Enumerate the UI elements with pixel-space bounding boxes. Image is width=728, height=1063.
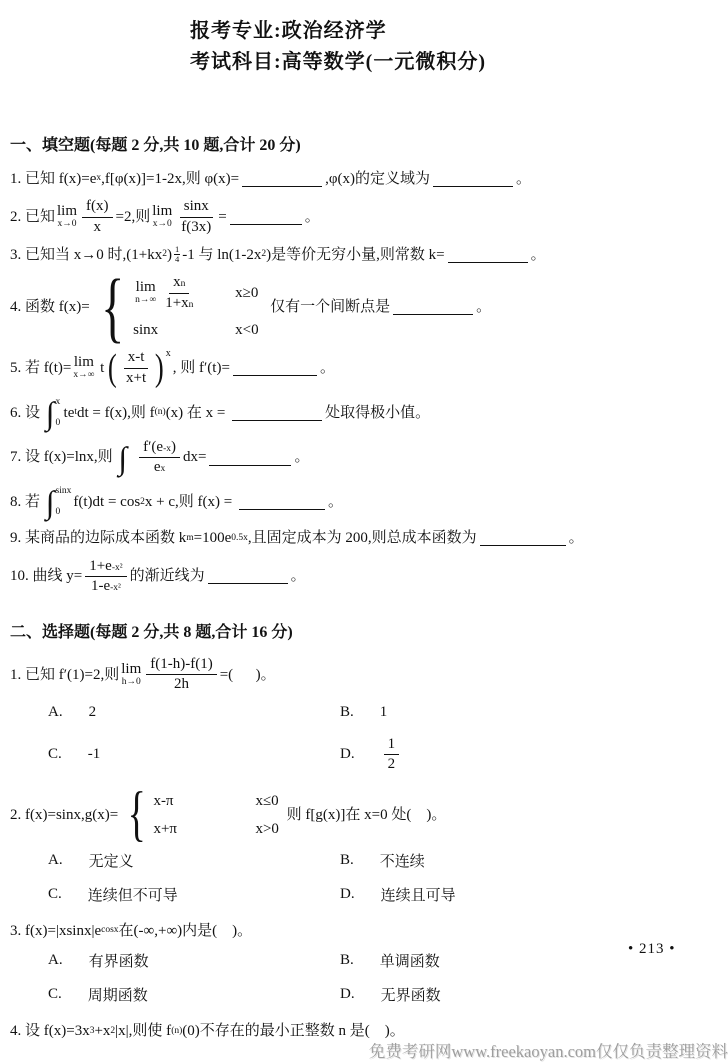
superscript: (n)	[171, 1027, 182, 1037]
fraction-denominator: 2	[384, 755, 400, 773]
math-text: sinx	[133, 320, 158, 340]
math-text: f(1-h)-f(1)	[150, 656, 212, 673]
integral-sign: ∫	[46, 397, 55, 429]
fraction: 12	[384, 736, 400, 774]
choice-text: 12	[381, 736, 403, 774]
question: 6. 设 ∫x0tetdt = f(x),则 f(n)(x) 在 x = 处取得…	[10, 396, 700, 430]
math-text: (x) 在 x =	[166, 403, 229, 423]
choice-text: 无定义	[89, 850, 134, 871]
piecewise-cases: {limn→∞xn1+xnx≥0sinxx<0	[94, 274, 259, 340]
math-text: 的渐近线为	[130, 566, 205, 586]
choice-option: C.连续但不可导	[48, 884, 340, 905]
fraction-denominator: 1+xn	[161, 294, 197, 312]
choice-option: D.连续且可导	[340, 884, 700, 905]
math-text: f′(e	[143, 439, 163, 456]
fraction: sinxf(3x)	[177, 198, 215, 236]
math-text: )	[171, 439, 176, 456]
math-text: f(t)dt = cos	[73, 492, 140, 512]
fraction-numerator: 1+e-x²	[85, 558, 126, 577]
fraction: x-tx+t	[122, 349, 150, 387]
math-text: 不连续	[380, 850, 425, 871]
math-text: 1+x	[165, 295, 188, 312]
choice-text: 连续且可导	[381, 884, 456, 905]
exam-body: 一、填空题(每题 2 分,共 10 题,合计 20 分) 1. 已知 f(x)=…	[10, 132, 700, 1041]
math-text: 1. 已知 f′(1)=2,则	[10, 665, 119, 685]
fraction-denominator: 2h	[170, 675, 193, 693]
math-text: 。	[305, 207, 320, 227]
answer-blank	[242, 171, 322, 187]
math-text: 4. 函数 f(x)=	[10, 297, 90, 317]
math-text: 1	[388, 736, 396, 753]
math-text: -1	[88, 746, 101, 763]
math-text: 无定义	[89, 850, 134, 871]
math-text: 。	[516, 169, 531, 189]
superscript: x	[161, 465, 166, 475]
choice-text: 有界函数	[89, 950, 149, 971]
math-text: 2h	[174, 676, 189, 693]
math-text: 连续但不可导	[88, 884, 178, 905]
math-text: 8. 若	[10, 492, 44, 512]
question: 9. 某商品的边际成本函数 km=100e0.5x,且固定成本为 200,则总成…	[10, 528, 700, 548]
math-text: |x|,则使 f	[115, 1021, 171, 1041]
limit-word: lim	[57, 204, 77, 219]
math-text: dx=	[183, 447, 206, 467]
paren-inner: x-tx+t	[119, 349, 153, 387]
choice-label: A.	[48, 952, 63, 969]
math-text: =	[218, 207, 226, 227]
question: 1. 已知 f′(1)=2,则limh→0f(1-h)-f(1)2h=( )。	[10, 656, 700, 694]
choice-text: 周期函数	[88, 984, 148, 1005]
integral-upper-limit: x	[56, 396, 61, 409]
math-text: t	[96, 358, 104, 378]
choice-option: A.无定义	[48, 850, 340, 871]
math-text: 10. 曲线 y=	[10, 566, 82, 586]
limit-word: lim	[121, 662, 141, 677]
integral: ∫	[118, 441, 134, 475]
fill-in-section-heading: 一、填空题(每题 2 分,共 10 题,合计 20 分)	[10, 132, 700, 155]
math-text: 。	[291, 566, 306, 586]
superscript: n	[189, 301, 194, 311]
choice-label: C.	[48, 886, 62, 903]
question: 10. 曲线 y=1+e-x²1-e-x²的渐近线为。	[10, 558, 700, 596]
choice-option: C.周期函数	[48, 984, 340, 1005]
choice-label: D.	[340, 986, 355, 1003]
limit-subscript: x→∞	[73, 371, 94, 381]
math-text: f(3x)	[181, 219, 211, 236]
answer-blank	[480, 530, 566, 546]
math-text: sinx	[184, 198, 209, 215]
limit-operator: limx→0	[57, 204, 77, 230]
fill-in-section: 一、填空题(每题 2 分,共 10 题,合计 20 分) 1. 已知 f(x)=…	[10, 132, 700, 595]
question: 5. 若 f(t)=limx→∞ t(x-tx+t)x, 则 f′(t)=。	[10, 349, 700, 387]
choice-option: A.有界函数	[48, 950, 340, 971]
choice-option: D.无界函数	[340, 984, 700, 1005]
watermark: 免费考研网www.freekaoyan.com仅仅负责整理资料	[369, 1038, 728, 1062]
math-text: x	[94, 219, 102, 236]
answer-blank	[208, 568, 288, 584]
choice-text: 单调函数	[380, 950, 440, 971]
piecewise-brace: {	[128, 789, 146, 841]
choice-option: B.1	[340, 703, 700, 723]
integral-limits	[128, 441, 134, 475]
piecewise-rows: limn→∞xn1+xnx≥0sinxx<0	[133, 274, 258, 340]
math-text: 6. 设	[10, 403, 44, 423]
answer-blank	[230, 209, 302, 225]
piecewise-condition: x>0	[255, 819, 278, 839]
limit-operator: limn→∞	[135, 280, 156, 306]
math-text: e	[154, 459, 161, 476]
limit-operator: limh→0	[121, 662, 141, 688]
piecewise-condition: x<0	[235, 320, 258, 340]
math-text: x	[173, 274, 181, 291]
piecewise-brace: {	[101, 274, 124, 340]
math-text: 1. 已知 f(x)=e	[10, 169, 96, 189]
math-text: =( )。	[220, 665, 276, 685]
piecewise-row: x-πx≤0	[153, 791, 278, 811]
math-text: 。	[294, 447, 309, 467]
math-text: =2,则	[116, 207, 151, 227]
choice-section: 二、选择题(每题 2 分,共 8 题,合计 16 分) 1. 已知 f′(1)=…	[10, 619, 700, 1041]
math-text: 1+e	[89, 558, 112, 575]
limit-subscript: n→∞	[135, 296, 156, 306]
superscript: n	[181, 280, 186, 290]
fraction-numerator: f′(e-x)	[139, 439, 180, 458]
subscript: m	[186, 534, 193, 544]
integral-sign: ∫	[46, 486, 55, 518]
math-text: 有界函数	[89, 950, 149, 971]
choice-label: B.	[340, 952, 354, 969]
math-text: 。	[531, 245, 546, 265]
question: 8. 若 ∫sinx0f(t)dt = cos2x + c,则 f(x) = 。	[10, 485, 700, 519]
superscript: (n)	[155, 408, 166, 418]
piecewise-rows: x-πx≤0x+πx>0	[153, 791, 278, 840]
choice-text: 1	[380, 704, 388, 721]
integral-lower-limit: 0	[56, 417, 61, 430]
math-text: 2	[388, 756, 396, 773]
math-text: 。	[328, 492, 343, 512]
fill-in-question-list: 1. 已知 f(x)=ex,f[φ(x)]=1-2x,则 φ(x)=,φ(x)的…	[10, 169, 700, 595]
limit-word: lim	[136, 280, 156, 295]
superscript: x	[166, 349, 171, 359]
math-text: 单调函数	[380, 950, 440, 971]
fraction-numerator: xn	[169, 274, 189, 293]
superscript: -x²	[110, 584, 121, 594]
math-text: x+t	[126, 370, 146, 387]
piecewise-cases: {x-πx≤0x+πx>0	[122, 789, 279, 841]
integral-limits: x0	[56, 396, 62, 430]
choice-option: A.2	[48, 703, 340, 723]
math-text: 2. f(x)=sinx,g(x)=	[10, 805, 118, 825]
math-text: -1 与 ln(1-2x	[182, 245, 261, 265]
math-text: 1-e	[91, 578, 110, 595]
math-text: 。	[569, 528, 584, 548]
close-paren: )	[155, 351, 164, 385]
math-text: 5. 若 f(t)=	[10, 358, 71, 378]
math-text: , 则 f′(t)=	[173, 358, 230, 378]
math-text: 仅有一个间断点是	[263, 297, 391, 317]
fraction: f′(e-x)ex	[139, 439, 180, 477]
math-text: 在(-∞,+∞)内是( )。	[119, 921, 253, 941]
fraction-denominator: 4	[175, 255, 179, 264]
question: 4. 函数 f(x)={limn→∞xn1+xnx≥0sinxx<0 仅有一个间…	[10, 274, 700, 340]
math-text: 连续且可导	[381, 884, 456, 905]
limit-word: lim	[152, 204, 172, 219]
question: 3. f(x)=|xsinx|ecosx在(-∞,+∞)内是( )。	[10, 921, 700, 941]
choice-label: A.	[48, 852, 63, 869]
answer-blank	[239, 494, 325, 510]
choice-label: D.	[340, 886, 355, 903]
piecewise-expression: limn→∞xn1+xn	[133, 274, 221, 312]
exam-major-line: 报考专业:政治经济学	[190, 16, 700, 47]
integral-limits: sinx0	[56, 485, 72, 519]
question: 2. 已知limx→0f(x)x=2,则limx→0sinxf(3x)=。	[10, 198, 700, 236]
answer-blank	[209, 450, 291, 466]
piecewise-expression: x+π	[153, 819, 241, 839]
math-text: x-t	[128, 349, 145, 366]
choice-grid: A.无定义B.不连续C.连续但不可导D.连续且可导	[48, 850, 700, 905]
choice-question-list: 1. 已知 f′(1)=2,则limh→0f(1-h)-f(1)2h=( )。A…	[10, 656, 700, 1041]
open-paren: (	[108, 351, 117, 385]
piecewise-expression: x-π	[153, 791, 241, 811]
fraction-numerator: f(1-h)-f(1)	[146, 656, 216, 675]
choice-section-heading: 二、选择题(每题 2 分,共 8 题,合计 16 分)	[10, 619, 700, 642]
fraction-denominator: 1-e-x²	[87, 577, 125, 595]
math-text: x+π	[153, 819, 177, 839]
math-text: x + c,则 f(x) =	[145, 492, 236, 512]
math-text: 3. f(x)=|xsinx|e	[10, 921, 101, 941]
fraction-numerator: 1	[384, 736, 400, 755]
choice-label: A.	[48, 704, 63, 721]
math-text: 处取得极小值。	[325, 403, 430, 423]
math-text: te	[64, 403, 75, 423]
answer-blank	[233, 360, 317, 376]
limit-subscript: x→0	[153, 220, 172, 230]
choice-grid: A.2B.1C.-1D.12	[48, 703, 700, 774]
math-text: 周期函数	[88, 984, 148, 1005]
choice-label: D.	[340, 746, 355, 763]
math-text: 1	[380, 704, 388, 721]
piecewise-expression: sinx	[133, 320, 221, 340]
limit-operator: limx→0	[152, 204, 172, 230]
math-text: 7. 设 f(x)=lnx,则	[10, 447, 116, 467]
fraction: f(x)x	[82, 198, 113, 236]
answer-blank	[433, 171, 513, 187]
math-text: ,f[φ(x)]=1-2x,则 φ(x)=	[101, 169, 239, 189]
math-text: ,且固定成本为 200,则总成本函数为	[248, 528, 477, 548]
math-text: 9. 某商品的边际成本函数 k	[10, 528, 186, 548]
fraction-numerator: sinx	[180, 198, 213, 217]
answer-blank	[448, 247, 528, 263]
integral-upper-limit: sinx	[56, 485, 72, 498]
fraction-numerator: f(x)	[82, 198, 113, 217]
math-text: ,φ(x)的定义域为	[325, 169, 430, 189]
integral: ∫sinx0	[46, 485, 72, 519]
fraction: 1+e-x²1-e-x²	[85, 558, 126, 596]
fraction: f(1-h)-f(1)2h	[146, 656, 216, 694]
choice-label: B.	[340, 852, 354, 869]
choice-label: C.	[48, 746, 62, 763]
math-text: 则 f[g(x)]在 x=0 处( )。	[283, 805, 446, 825]
integral-lower-limit: 0	[56, 506, 61, 519]
choice-text: 连续但不可导	[88, 884, 178, 905]
limit-operator: limx→∞	[73, 355, 94, 381]
superscript: -x	[163, 445, 171, 455]
choice-option: B.不连续	[340, 850, 700, 871]
fraction-denominator: f(3x)	[177, 218, 215, 236]
choice-text: 不连续	[380, 850, 425, 871]
question: 7. 设 f(x)=lnx,则 ∫f′(e-x)exdx=。	[10, 439, 700, 477]
choice-option: D.12	[340, 736, 700, 774]
math-text: 3. 已知当 x→0 时,(1+kx	[10, 245, 162, 265]
choice-option: C.-1	[48, 736, 340, 774]
limit-subscript: h→0	[122, 678, 141, 688]
math-text: 4. 设 f(x)=3x	[10, 1021, 90, 1041]
math-text: )是等价无穷小量,则常数 k=	[266, 245, 444, 265]
choice-label: C.	[48, 986, 62, 1003]
math-text: dt = f(x),则 f	[77, 403, 155, 423]
question: 2. f(x)=sinx,g(x)={x-πx≤0x+πx>0 则 f[g(x)…	[10, 789, 700, 841]
question: 3. 已知当 x→0 时,(1+kx2)14-1 与 ln(1-2x2)是等价无…	[10, 245, 700, 265]
math-text: )	[167, 245, 172, 265]
math-text: 。	[320, 358, 335, 378]
exam-page: 报考专业:政治经济学 考试科目:高等数学(一元微积分) 一、填空题(每题 2 分…	[0, 0, 728, 1063]
limit-subscript: x→0	[58, 220, 77, 230]
math-text: x-π	[153, 791, 173, 811]
parenthesized-group: (x-tx+t)x	[106, 349, 170, 387]
choice-text: 无界函数	[381, 984, 441, 1005]
math-text: 2	[89, 704, 97, 721]
fraction-denominator: x	[90, 218, 106, 236]
piecewise-row: sinxx<0	[133, 320, 258, 340]
piecewise-condition: x≤0	[255, 791, 278, 811]
math-text: +x	[94, 1021, 110, 1041]
choice-label: B.	[340, 704, 354, 721]
math-text: 2. 已知	[10, 207, 55, 227]
superscript: -x²	[112, 564, 123, 574]
exam-header: 报考专业:政治经济学 考试科目:高等数学(一元微积分)	[190, 16, 700, 78]
math-text: 。	[476, 297, 491, 317]
answer-blank	[393, 299, 473, 315]
fraction-denominator: ex	[150, 458, 169, 476]
superscript-fraction: 14	[174, 245, 180, 264]
question: 1. 已知 f(x)=ex,f[φ(x)]=1-2x,则 φ(x)=,φ(x)的…	[10, 169, 700, 189]
answer-blank	[232, 405, 322, 421]
piecewise-condition: x≥0	[235, 283, 258, 303]
integral: ∫x0	[46, 396, 62, 430]
math-text: =100e	[194, 528, 232, 548]
math-text: f(x)	[86, 198, 109, 215]
choice-grid: A.有界函数B.单调函数C.周期函数D.无界函数	[48, 950, 700, 1005]
exam-subject-line: 考试科目:高等数学(一元微积分)	[190, 47, 700, 78]
choice-text: 2	[89, 704, 97, 721]
fraction: xn1+xn	[161, 274, 197, 312]
choice-text: -1	[88, 746, 101, 763]
limit-word: lim	[74, 355, 94, 370]
fraction-denominator: x+t	[122, 369, 150, 387]
superscript: 0.5x	[231, 534, 248, 544]
superscript: cosx	[101, 926, 118, 936]
piecewise-row: limn→∞xn1+xnx≥0	[133, 274, 258, 312]
page-number: • 213 •	[628, 941, 676, 958]
piecewise-row: x+πx>0	[153, 819, 278, 839]
math-text: 无界函数	[381, 984, 441, 1005]
integral-sign: ∫	[118, 442, 127, 474]
fraction-numerator: x-t	[124, 349, 149, 368]
